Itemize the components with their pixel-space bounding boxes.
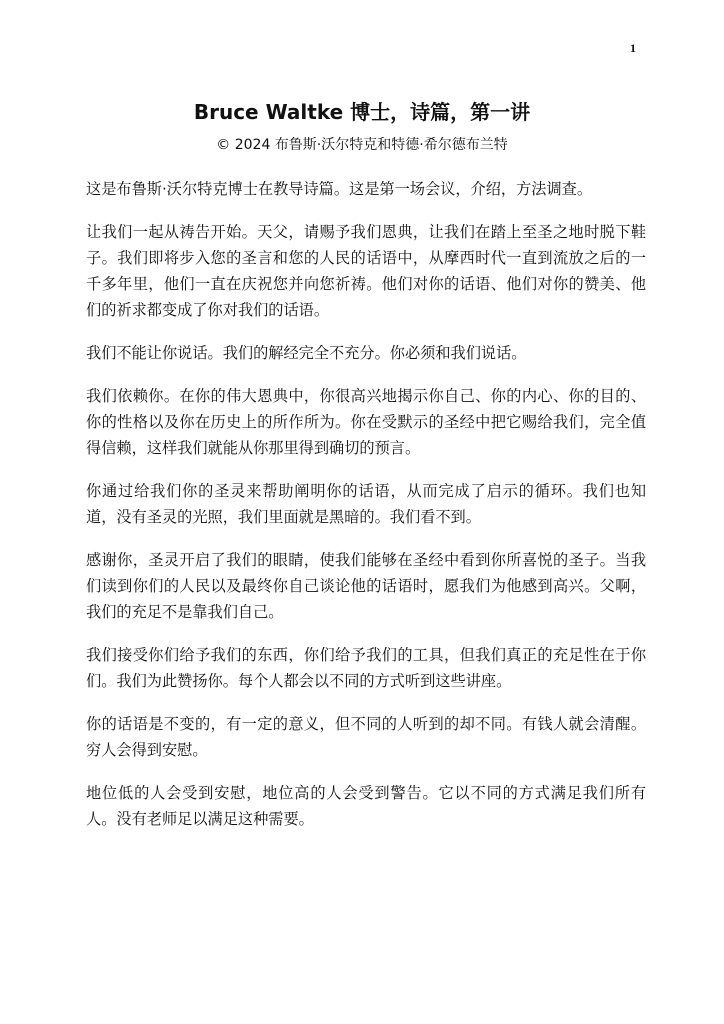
paragraph: 我们依赖你。在你的伟大恩典中，你很高兴地揭示你自己、你的内心、你的目的、你的性格… bbox=[86, 383, 646, 461]
paragraph: 你通过给我们你的圣灵来帮助阐明你的话语，从而完成了启示的循环。我们也知道，没有圣… bbox=[86, 478, 646, 530]
paragraph: 我们接受你们给予我们的东西，你们给予我们的工具，但我们真正的充足性在于你们。我们… bbox=[86, 642, 646, 694]
paragraph: 感谢你，圣灵开启了我们的眼睛，使我们能够在圣经中看到你所喜悦的圣子。当我们读到你… bbox=[86, 547, 646, 625]
page-number: 1 bbox=[630, 41, 636, 56]
paragraph: 我们不能让你说话。我们的解经完全不充分。你必须和我们说话。 bbox=[86, 340, 646, 366]
paragraph: 你的话语是不变的，有一定的意义，但不同的人听到的却不同。有钱人就会清醒。穷人会得… bbox=[86, 711, 646, 763]
copyright-line: © 2024 布鲁斯·沃尔特克和特德·希尔德布兰特 bbox=[0, 134, 724, 154]
paragraph: 让我们一起从祷告开始。天父，请赐予我们恩典，让我们在踏上至圣之地时脱下鞋子。我们… bbox=[86, 219, 646, 323]
paragraph: 地位低的人会受到安慰，地位高的人会受到警告。它以不同的方式满足我们所有人。没有老… bbox=[86, 780, 646, 832]
document-title: Bruce Waltke 博士，诗篇，第一讲 bbox=[0, 96, 724, 125]
paragraph-intro: 这是布鲁斯·沃尔特克博士在教导诗篇。这是第一场会议，介绍，方法调查。 bbox=[86, 176, 646, 202]
document-body: 这是布鲁斯·沃尔特克博士在教导诗篇。这是第一场会议，介绍，方法调查。 让我们一起… bbox=[86, 176, 646, 849]
